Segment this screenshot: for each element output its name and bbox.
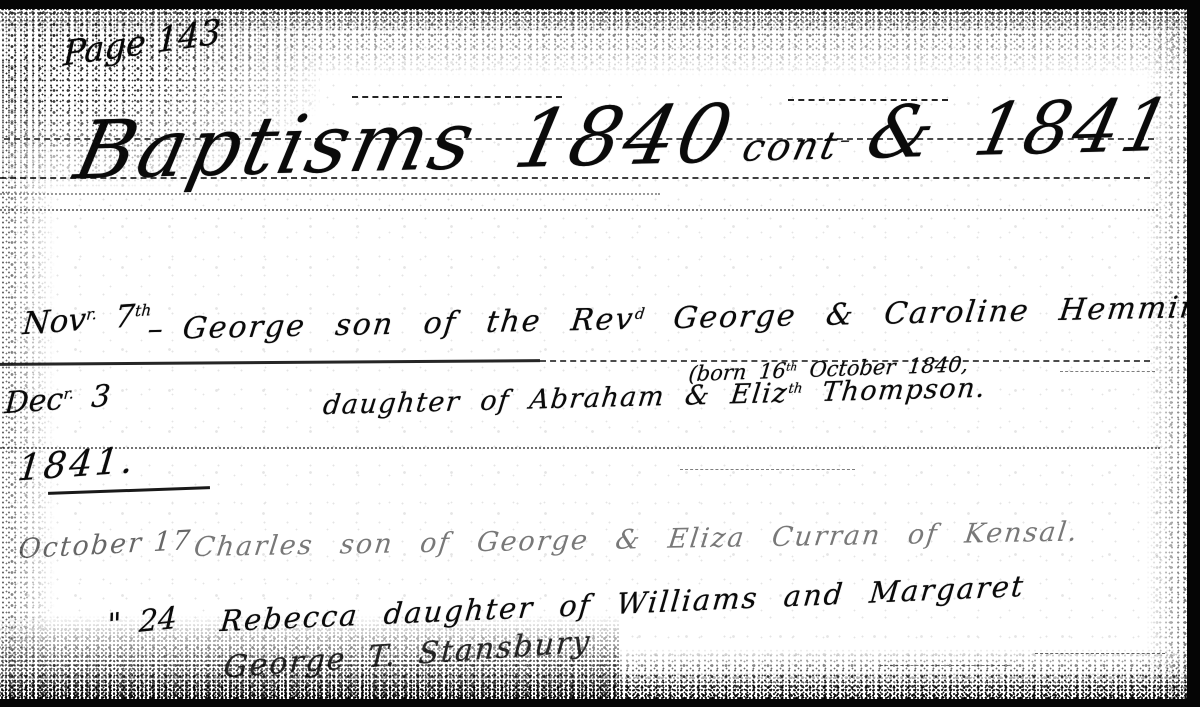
entry-oct24-text: Rebecca daughter of Williams and Margare…: [219, 569, 1027, 638]
entry-dec-month-sup: r.: [63, 384, 75, 403]
entry-oct17-text: Charles son of George & Eliza Curran of …: [192, 517, 1081, 564]
entry-dec-date: Decr.3: [4, 379, 112, 422]
spacer: [96, 328, 115, 329]
scan-noise-bottom: [0, 648, 1200, 700]
scan-noise-bottom-edge: [0, 672, 1200, 700]
entry-dec-month: Dec: [4, 382, 65, 421]
title-main: Baptisms 1840: [67, 87, 743, 198]
page-number-text: Page 143: [63, 12, 222, 75]
entry-dec-text-pre: daughter of Abraham & Eliz: [321, 378, 789, 421]
entry-nov-text: –George son of the Revd George & Carolin…: [146, 290, 1200, 348]
ruled-line: [1060, 371, 1155, 372]
ruled-line: [0, 447, 1160, 449]
entry-dec-text-post: Thompson.: [800, 373, 988, 409]
entry-dec-day: 3: [90, 379, 112, 416]
ruled-line: [0, 359, 540, 366]
ruled-line: [0, 209, 1158, 211]
scan-border-bottom: [0, 699, 1200, 707]
entry-oct17-text-body: Charles son of George & Eliza Curran of …: [192, 517, 1081, 564]
entry-nov-month-sup: r.: [86, 305, 98, 324]
entry-nov-day: 7: [114, 298, 136, 336]
entry-nov-text-post: George & Caroline Hemmins: [642, 290, 1200, 337]
ruled-line: [680, 469, 855, 470]
entry-nov-date: Novr.7th: [21, 297, 152, 342]
year-heading-text: 1841.: [16, 440, 138, 490]
title-cont: cont–: [739, 123, 854, 170]
ruled-line: [1035, 653, 1165, 654]
ruled-line: [880, 665, 1010, 666]
spacer: [121, 632, 139, 634]
scan-noise-left: [0, 60, 55, 667]
ditto-mark: ": [107, 607, 122, 644]
scan-border-top: [0, 0, 1200, 9]
entry-oct17-date-text: October 17: [17, 525, 193, 565]
entry-oct24-text-body: Rebecca daughter of Williams and Margare…: [219, 569, 1027, 638]
entry-oct24-day: 24: [138, 601, 177, 640]
title-tail: & 1841: [860, 82, 1181, 174]
spacer: [73, 407, 91, 408]
entry-oct24-date: "24: [107, 601, 178, 644]
page-number: Page 143: [63, 12, 222, 75]
scan-border-right: [1187, 0, 1200, 707]
entry-nov-text-pre: George son of the Rev: [181, 302, 637, 347]
entry-dec-text-sup: th: [788, 381, 804, 397]
year-heading: 1841.: [16, 440, 138, 490]
entry-nov-dash: –: [146, 312, 167, 347]
title-cont-base: cont: [739, 123, 845, 170]
register-title: Baptisms 1840cont–& 1841: [67, 75, 1182, 197]
entry-oct17-date: October 17: [17, 525, 193, 565]
year-underline: [48, 486, 210, 495]
scanned-register-page: Page 143 Baptisms 1840cont–& 1841 Novr.7…: [0, 0, 1200, 707]
note-sup: th: [786, 361, 798, 373]
entry-nov-month: Nov: [21, 302, 87, 343]
entry-dec-text: daughter of Abraham & Elizth Thompson.: [321, 373, 988, 421]
